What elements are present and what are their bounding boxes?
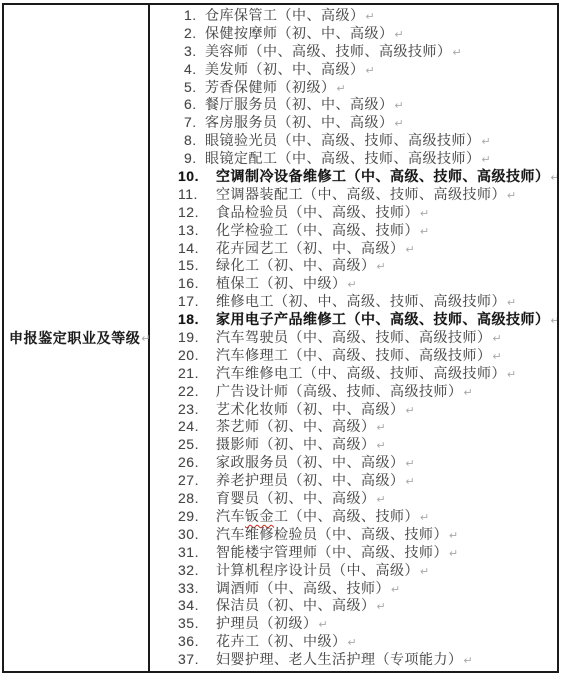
list-item: 3.美容师（中、高级、技师、高级技师）↵ <box>150 43 557 61</box>
list-item: 15.绿化工（初、中、高级）↵ <box>150 257 557 275</box>
list-item: 18.家用电子产品维修工（中、高级、技师、高级技师）↵ <box>150 311 557 329</box>
list-item: 33.调酒师（中、高级、技师）↵ <box>150 580 557 598</box>
list-item: 32.计算机程序设计员（中、高级）↵ <box>150 562 557 580</box>
item-text: 调酒师（中、高级、技师） <box>216 580 390 596</box>
item-number: 15. <box>178 257 216 275</box>
list-item: 21.汽车维修电工（中、高级、技师、高级技师）↵ <box>150 365 557 383</box>
item-number: 31. <box>178 544 216 562</box>
return-mark-icon: ↵ <box>493 351 502 363</box>
item-number: 37. <box>178 651 216 669</box>
list-item: 19.汽车驾驶员（中、高级、技师、高级技师）↵ <box>150 329 557 347</box>
item-number: 11. <box>178 186 216 204</box>
item-number: 12. <box>178 204 216 222</box>
item-text: 妇婴护理、老人生活护理（专项能力） <box>216 651 463 667</box>
return-mark-icon: ↵ <box>507 190 516 202</box>
return-mark-icon: ↵ <box>464 387 473 399</box>
return-mark-icon: ↵ <box>420 566 429 578</box>
list-item: 11.空调器装配工（中、高级、技师、高级技师）↵ <box>150 186 557 204</box>
list-item: 34.保洁员（初、中、高级）↵ <box>150 597 557 615</box>
return-mark-icon: ↵ <box>464 655 473 667</box>
item-number: 21. <box>178 365 216 383</box>
list-item: 5.芳香保健师（初级）↵ <box>150 79 557 97</box>
item-number: 18. <box>178 311 216 329</box>
return-mark-icon: ↵ <box>420 512 429 524</box>
item-text: 育婴员（初、中、高级） <box>216 490 376 506</box>
list-item: 16.植保工（初、中级）↵ <box>150 275 557 293</box>
return-mark-icon: ↵ <box>395 118 404 130</box>
item-text: 芳香保健师（初级） <box>205 79 336 95</box>
item-text: 花卉园艺工（初、中、高级） <box>216 240 405 256</box>
list-item: 30.汽车维修检验员（中、高级、技师）↵ <box>150 526 557 544</box>
list-item: 8.眼镜验光员（中、高级、技师、高级技师）↵ <box>150 132 557 150</box>
item-number: 24. <box>178 418 216 436</box>
return-mark-icon: ↵ <box>406 244 415 256</box>
item-number: 3. <box>184 43 205 61</box>
return-mark-icon: ↵ <box>507 297 516 309</box>
list-item: 35.护理员（初级）↵ <box>150 615 557 633</box>
item-text: 眼镜验光员（中、高级、技师、高级技师） <box>205 132 481 148</box>
return-mark-icon: ↵ <box>377 494 386 506</box>
list-item: 17.维修电工（初、中、高级、技师、高级技师）↵ <box>150 293 557 311</box>
list-item: 2.保健按摩师（初、中、高级）↵ <box>150 25 557 43</box>
list-item: 4.美发师（初、中、高级）↵ <box>150 61 557 79</box>
item-number: 30. <box>178 526 216 544</box>
item-text: 空调器装配工（中、高级、技师、高级技师） <box>216 186 506 202</box>
list-item: 7.客房服务员（初、中、高级）↵ <box>150 114 557 132</box>
return-mark-icon: ↵ <box>348 637 357 649</box>
row-header-cell: 申报鉴定职业及等级↵ <box>4 5 150 671</box>
item-number: 7. <box>184 114 205 132</box>
item-number: 4. <box>184 61 205 79</box>
item-text: 维修电工（初、中、高级、技师、高级技师） <box>216 293 506 309</box>
list-item: 12.食品检验员（中、高级、技师）↵ <box>150 204 557 222</box>
return-mark-icon: ↵ <box>377 422 386 434</box>
item-text: 眼镜定配工（中、高级、技师、高级技师） <box>205 150 481 166</box>
return-mark-icon: ↵ <box>449 530 458 542</box>
return-mark-icon: ↵ <box>493 333 502 345</box>
item-text: 护理员（初级） <box>216 615 318 631</box>
item-number: 19. <box>178 329 216 347</box>
list-item: 10.空调制冷设备维修工（中、高级、技师、高级技师）↵ <box>150 168 557 186</box>
return-mark-icon: ↵ <box>449 548 458 560</box>
list-item: 31.智能楼宇管理师（中、高级、技师）↵ <box>150 544 557 562</box>
item-text: 花卉工（初、中级） <box>216 633 347 649</box>
item-number: 26. <box>178 454 216 472</box>
item-text: 养老护理员（初、中、高级） <box>216 472 405 488</box>
item-text: 广告设计师（高级、技师、高级技师） <box>216 383 463 399</box>
return-mark-icon: ↵ <box>482 154 491 166</box>
item-number: 20. <box>178 347 216 365</box>
list-item: 22.广告设计师（高级、技师、高级技师）↵ <box>150 383 557 401</box>
item-text: 美发师（初、中、高级） <box>205 61 365 77</box>
list-item: 13.化学检验工（中、高级、技师）↵ <box>150 222 557 240</box>
return-mark-icon: ↵ <box>348 279 357 291</box>
return-mark-icon: ↵ <box>395 29 404 41</box>
list-item: 29.汽车钣金工（中、高级、技师）↵ <box>150 508 557 526</box>
list-item: 23.艺术化妆师（初、中、高级）↵ <box>150 401 557 419</box>
return-mark-icon: ↵ <box>395 100 404 112</box>
item-number: 2. <box>184 25 205 43</box>
return-mark-icon: ↵ <box>391 584 400 596</box>
return-mark-icon: ↵ <box>453 47 462 59</box>
item-number: 1. <box>184 7 205 25</box>
item-text: 绿化工（初、中、高级） <box>216 257 376 273</box>
return-mark-icon: ↵ <box>366 65 375 77</box>
list-item: 25.摄影师（初、中、高级）↵ <box>150 436 557 454</box>
item-number: 25. <box>178 436 216 454</box>
item-number: 22. <box>178 383 216 401</box>
item-text: 保健按摩师（初、中、高级） <box>205 25 394 41</box>
list-item: 28.育婴员（初、中、高级）↵ <box>150 490 557 508</box>
list-item: 26.家政服务员（初、中、高级）↵ <box>150 454 557 472</box>
list-item: 20.汽车修理工（中、高级、技师、高级技师）↵ <box>150 347 557 365</box>
item-text: 食品检验员（中、高级、技师） <box>216 204 419 220</box>
item-text: 汽车修理工（中、高级、技师、高级技师） <box>216 347 492 363</box>
return-mark-icon: ↵ <box>406 405 415 417</box>
list-item: 37.妇婴护理、老人生活护理（专项能力）↵ <box>150 651 557 669</box>
list-item: 36.花卉工（初、中级）↵ <box>150 633 557 651</box>
item-number: 8. <box>184 132 205 150</box>
item-number: 29. <box>178 508 216 526</box>
list-item: 1.仓库保管工（中、高级）↵ <box>150 7 557 25</box>
list-item: 14.花卉园艺工（初、中、高级）↵ <box>150 240 557 258</box>
item-text: 仓库保管工（中、高级） <box>205 7 365 23</box>
occupation-list-cell: 1.仓库保管工（中、高级）↵2.保健按摩师（初、中、高级）↵3.美容师（中、高级… <box>150 5 557 671</box>
item-text: 汽车维修电工（中、高级、技师、高级技师） <box>216 365 506 381</box>
item-text: 客房服务员（初、中、高级） <box>205 114 394 130</box>
item-number: 36. <box>178 633 216 651</box>
return-mark-icon: ↵ <box>551 172 558 184</box>
item-text: 汽车钣金工（中、高级、技师） <box>216 508 419 524</box>
return-mark-icon: ↵ <box>420 226 429 238</box>
item-number: 35. <box>178 615 216 633</box>
occupations-table: 申报鉴定职业及等级↵ 1.仓库保管工（中、高级）↵2.保健按摩师（初、中、高级）… <box>2 3 559 673</box>
item-text: 汽车驾驶员（中、高级、技师、高级技师） <box>216 329 492 345</box>
item-text: 空调制冷设备维修工（中、高级、技师、高级技师） <box>216 168 550 184</box>
item-number: 14. <box>178 240 216 258</box>
return-mark-icon: ↵ <box>319 619 328 631</box>
item-number: 5. <box>184 79 205 97</box>
item-number: 10. <box>178 168 216 186</box>
item-number: 32. <box>178 562 216 580</box>
return-mark-icon: ↵ <box>420 208 429 220</box>
item-number: 27. <box>178 472 216 490</box>
item-number: 34. <box>178 597 216 615</box>
occupation-list: 1.仓库保管工（中、高级）↵2.保健按摩师（初、中、高级）↵3.美容师（中、高级… <box>150 7 557 669</box>
return-mark-icon: ↵ <box>406 476 415 488</box>
list-item: 9.眼镜定配工（中、高级、技师、高级技师）↵ <box>150 150 557 168</box>
list-item: 27.养老护理员（初、中、高级）↵ <box>150 472 557 490</box>
list-item: 24.茶艺师（初、中、高级）↵ <box>150 418 557 436</box>
item-text: 餐厅服务员（初、中、高级） <box>205 96 394 112</box>
return-mark-icon: ↵ <box>377 601 386 613</box>
row-header-label: 申报鉴定职业及等级 <box>9 328 140 348</box>
item-text: 保洁员（初、中、高级） <box>216 597 376 613</box>
item-text: 计算机程序设计员（中、高级） <box>216 562 419 578</box>
item-text: 家用电子产品维修工（中、高级、技师、高级技师） <box>216 311 550 327</box>
item-text: 摄影师（初、中、高级） <box>216 436 376 452</box>
item-text: 化学检验工（中、高级、技师） <box>216 222 419 238</box>
return-mark-icon: ↵ <box>377 261 386 273</box>
return-mark-icon: ↵ <box>366 11 375 23</box>
return-mark-icon: ↵ <box>406 458 415 470</box>
item-text: 艺术化妆师（初、中、高级） <box>216 401 405 417</box>
item-number: 6. <box>184 96 205 114</box>
item-number: 33. <box>178 580 216 598</box>
item-text: 智能楼宇管理师（中、高级、技师） <box>216 544 448 560</box>
item-number: 9. <box>184 150 205 168</box>
spellcheck-underline: 钣金 <box>245 508 274 524</box>
item-number: 17. <box>178 293 216 311</box>
item-text: 美容师（中、高级、技师、高级技师） <box>205 43 452 59</box>
item-text: 植保工（初、中级） <box>216 275 347 291</box>
item-number: 28. <box>178 490 216 508</box>
item-text: 家政服务员（初、中、高级） <box>216 454 405 470</box>
return-mark-icon: ↵ <box>551 315 558 327</box>
return-mark-icon: ↵ <box>507 369 516 381</box>
return-mark-icon: ↵ <box>377 440 386 452</box>
item-text: 茶艺师（初、中、高级） <box>216 418 376 434</box>
return-mark-icon: ↵ <box>337 83 346 95</box>
list-item: 6.餐厅服务员（初、中、高级）↵ <box>150 96 557 114</box>
item-number: 13. <box>178 222 216 240</box>
item-number: 23. <box>178 401 216 419</box>
item-number: 16. <box>178 275 216 293</box>
item-text: 汽车维修检验员（中、高级、技师） <box>216 526 448 542</box>
return-mark-icon: ↵ <box>482 136 491 148</box>
